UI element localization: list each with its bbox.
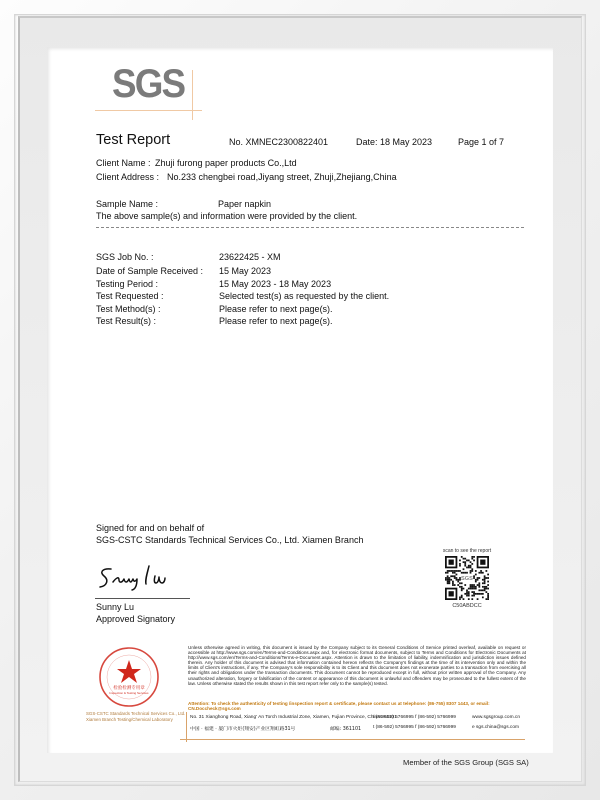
report-title: Test Report <box>96 132 170 148</box>
test-report-document: SGS Test Report No. XMNEC2300822401 Date… <box>0 0 600 800</box>
logo-accent-vline <box>192 70 193 120</box>
stamp-caption-line2: Xiamen Branch Testing/Chemical Laborator… <box>86 717 173 722</box>
qr-code-id: C50ABDCC <box>441 603 493 609</box>
detail-label: SGS Job No. : <box>96 252 154 262</box>
sgs-logo: SGS <box>95 58 215 108</box>
sgs-logo-text: SGS <box>112 62 184 107</box>
client-name-label: Client Name : <box>96 158 151 168</box>
signature-handwriting <box>97 560 187 592</box>
official-seal-stamp: 检验检测专用章 Inspection & Testing Services <box>98 646 160 708</box>
detail-value: 15 May 2023 <box>219 266 271 276</box>
phone-line-2: t (86-592) 5766995 f (86-592) 5766999 <box>373 725 456 730</box>
detail-label: Date of Sample Received : <box>96 266 203 276</box>
qr-code-icon: SGS <box>445 556 489 600</box>
website-link[interactable]: www.sgsgroup.com.cn <box>472 715 520 720</box>
svg-text:SGS: SGS <box>461 576 473 582</box>
detail-value: Please refer to next page(s). <box>219 316 333 326</box>
detail-value: 23622425 - XM <box>219 252 281 262</box>
legal-disclaimer: Unless otherwise agreed in writing, this… <box>188 645 526 686</box>
svg-text:Inspection & Testing Services: Inspection & Testing Services <box>109 691 149 695</box>
signing-company: SGS-CSTC Standards Technical Services Co… <box>96 535 363 545</box>
stamp-caption-line1: SGS-CSTC Standards Technical Services Co… <box>86 711 185 716</box>
signatory-title: Approved Signatory <box>96 614 175 624</box>
signature-line <box>95 598 190 599</box>
authenticity-notice: Attention: To check the authenticity of … <box>188 701 526 711</box>
sample-note: The above sample(s) and information were… <box>96 211 357 221</box>
sgs-group-membership: Member of the SGS Group (SGS SA) <box>403 758 529 767</box>
qr-caption: scan to see the report <box>441 548 493 554</box>
detail-label: Testing Period : <box>96 279 158 289</box>
report-number: No. XMNEC2300822401 <box>229 137 328 147</box>
detail-value: 15 May 2023 - 18 May 2023 <box>219 279 331 289</box>
address-chinese: 中国 · 福建 · 厦门市火炬(翔安)产业区翔虹路31号 <box>190 725 295 732</box>
phone-line-1: t (86-592) 5766995 f (86-592) 5766999 <box>373 715 456 720</box>
logo-accent-hline <box>95 110 202 111</box>
svg-text:检验检测专用章: 检验检测专用章 <box>113 684 145 691</box>
client-address-value: No.233 chengbei road,Jiyang street, Zhuj… <box>167 172 397 182</box>
star-icon <box>117 660 141 683</box>
detail-label: Test Method(s) : <box>96 304 161 314</box>
address-english: No. 31 Xianghong Road, Xiang' An Torch I… <box>190 715 397 720</box>
verification-qr[interactable]: scan to see the report SGS C50ABDCC <box>441 548 493 610</box>
detail-label: Test Result(s) : <box>96 316 156 326</box>
signatory-name: Sunny Lu <box>96 602 134 612</box>
footer-divider <box>180 739 525 740</box>
page-indicator: Page 1 of 7 <box>458 137 504 147</box>
client-address-label: Client Address : <box>96 172 159 182</box>
email-link[interactable]: e sgs.china@sgs.com <box>472 725 519 730</box>
client-name-value: Zhuji furong paper products Co.,Ltd <box>155 158 297 168</box>
sample-name-value: Paper napkin <box>218 199 271 209</box>
postcode-chinese: 邮编: 361101 <box>330 725 361 732</box>
detail-label: Test Requested : <box>96 291 164 301</box>
address-accent-bar <box>186 712 187 742</box>
sample-name-label: Sample Name : <box>96 199 158 209</box>
signed-on-behalf-label: Signed for and on behalf of <box>96 523 204 533</box>
report-date: Date: 18 May 2023 <box>356 137 432 147</box>
detail-value: Selected test(s) as requested by the cli… <box>219 291 389 301</box>
section-divider <box>96 227 524 228</box>
detail-value: Please refer to next page(s). <box>219 304 333 314</box>
